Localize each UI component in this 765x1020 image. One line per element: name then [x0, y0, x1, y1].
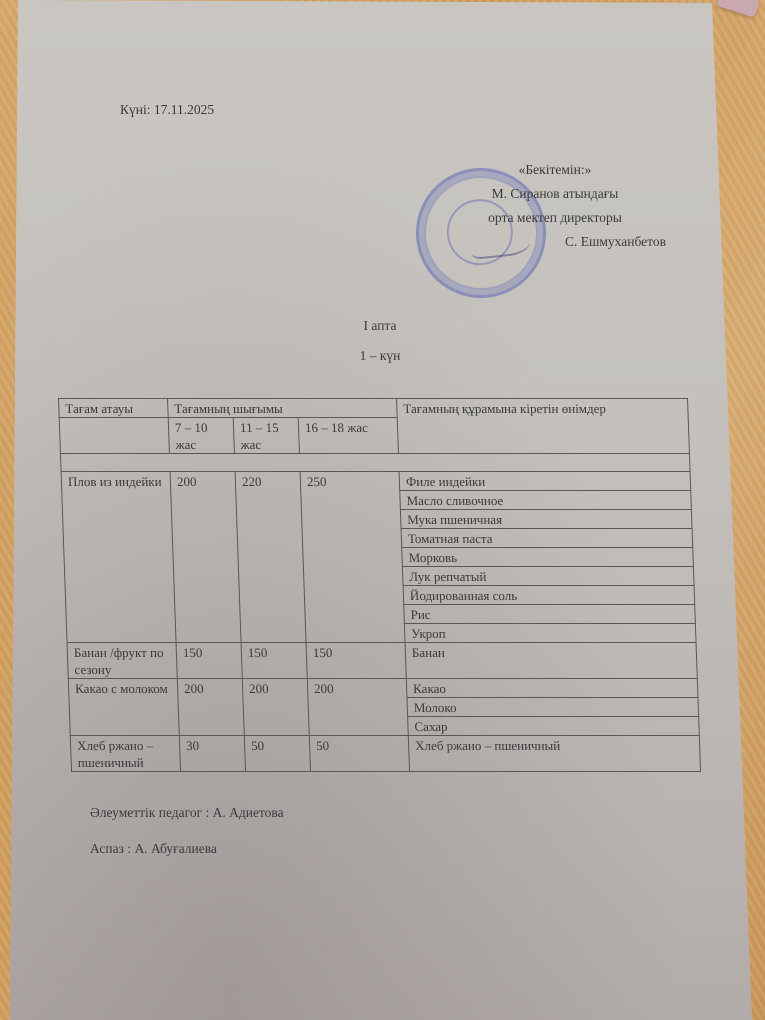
header-age-11-15: 11 – 15 жас: [233, 418, 299, 454]
ingredient: Томатная паста: [401, 529, 693, 548]
header-age-7-10: 7 – 10 жас: [168, 418, 234, 454]
table-row: Какао с молоком 200 200 200 Какао: [68, 679, 698, 698]
cook-signature: Аспаз : А. Абуғалиева: [90, 831, 284, 867]
ingredient: Молоко: [407, 698, 699, 717]
portion-16-18: 200: [307, 679, 408, 736]
portion-11-15: 150: [241, 643, 307, 679]
table-row: Банан /фрукт по сезону 150 150 150 Банан: [67, 643, 697, 679]
ingredient: Масло сливочное: [400, 491, 692, 510]
menu-table: Тағам атауы Тағамның шығымы Тағамның құр…: [58, 398, 701, 772]
table-row: Плов из индейки 200 220 250 Филе индейки: [61, 472, 691, 491]
ingredient: Сахар: [408, 717, 700, 736]
signatures-block: Әлеуметтік педагог : А. Адиетова Аспаз :…: [90, 795, 284, 867]
portion-16-18: 150: [306, 643, 406, 679]
ingredient: Морковь: [402, 548, 694, 567]
ingredient: Филе индейки: [399, 472, 691, 491]
dish-name: Плов из индейки: [61, 472, 176, 643]
approval-school: М. Сиранов атындағы: [440, 182, 670, 206]
ingredient: Лук репчатый: [402, 567, 694, 586]
ingredient: Рис: [404, 605, 696, 624]
week-heading: I апта: [300, 318, 460, 334]
ingredient: Банан: [405, 643, 697, 679]
ingredient: Мука пшеничная: [400, 510, 692, 529]
social-pedagogue-signature: Әлеуметтік педагог : А. Адиетова: [90, 795, 284, 831]
day-heading: 1 – күн: [300, 348, 460, 364]
portion-11-15: 200: [242, 679, 309, 736]
menu-document: Күні: 17.11.2025 «Бекітемін:» М. Сиранов…: [0, 0, 765, 1020]
header-dish-name: Тағам атауы: [59, 399, 169, 418]
table-header-row: Тағам атауы Тағамның шығымы Тағамның құр…: [59, 399, 689, 418]
portion-7-10: 200: [177, 679, 244, 736]
approval-title: «Бекітемін:»: [440, 158, 670, 182]
portion-11-15: 220: [235, 472, 306, 643]
header-age-16-18: 16 – 18 жас: [298, 418, 398, 454]
document-date: Күні: 17.11.2025: [120, 102, 214, 118]
ingredient: Йодированная соль: [403, 586, 695, 605]
portion-11-15: 50: [244, 736, 310, 772]
ingredient: Хлеб ржано – пшеничный: [408, 736, 700, 772]
dish-name: Какао с молоком: [68, 679, 179, 736]
dish-name: Банан /фрукт по сезону: [67, 643, 177, 679]
director-name: С. Ешмуханбетов: [440, 230, 670, 254]
table-spacer-row: [60, 454, 690, 472]
approval-block: «Бекітемін:» М. Сиранов атындағы орта ме…: [440, 158, 670, 254]
ingredient: Укроп: [404, 624, 696, 643]
table-row: Хлеб ржано – пшеничный 30 50 50 Хлеб ржа…: [70, 736, 700, 772]
ingredient: Какао: [406, 679, 698, 698]
portion-16-18: 250: [300, 472, 405, 643]
header-portion-yield: Тағамның шығымы: [168, 399, 398, 418]
portion-7-10: 150: [176, 643, 242, 679]
dish-name: Хлеб ржано – пшеничный: [70, 736, 180, 772]
portion-7-10: 200: [170, 472, 241, 643]
header-ingredients: Тағамның құрамына кіретін өнімдер: [397, 399, 690, 454]
approval-position: орта мектеп директоры: [440, 206, 670, 230]
portion-16-18: 50: [309, 736, 409, 772]
portion-7-10: 30: [179, 736, 245, 772]
